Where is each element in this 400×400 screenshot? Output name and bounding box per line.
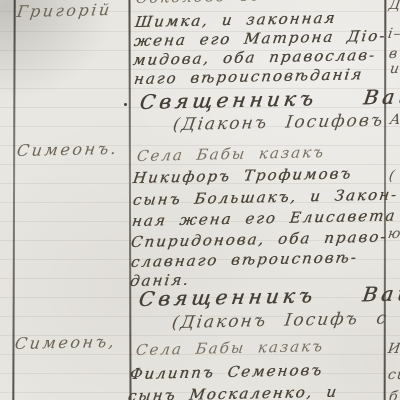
column-rule-middle <box>128 0 131 400</box>
priest-signature-line: Священникъ Ваши <box>137 281 400 311</box>
margin-text-fragment: і– <box>387 26 400 42</box>
entry-name: Симеонъ, <box>14 332 118 353</box>
margin-text-fragment: ю– <box>387 226 400 242</box>
ink-dot <box>124 103 127 106</box>
entry-line: Села Бабы казакъ <box>135 337 326 359</box>
entry-line: Никифоръ Трофимовъ <box>132 164 354 187</box>
margin-text-fragment: в <box>388 46 400 62</box>
entry-line-clipped: Соколово во <box>135 0 263 7</box>
margin-text-fragment: А <box>389 112 400 128</box>
margin-text-fragment: си <box>387 367 400 383</box>
margin-text-fragment: Д <box>388 0 400 13</box>
priest-signature-line: Священникъ Ваши <box>138 84 400 114</box>
margin-text-fragment: ( <box>388 168 397 184</box>
entry-line: Филиппъ Семеновъ <box>129 361 325 383</box>
margin-text-fragment: Ив <box>387 341 400 357</box>
deacon-signature-line: (Діаконъ Іосифовъ с <box>172 110 400 135</box>
deacon-signature-line: (Діаконъ Іосифъ с <box>171 308 390 333</box>
entry-name: Симеонъ. <box>16 139 120 160</box>
entry-line: Села Бабы казакъ <box>136 143 327 165</box>
entry-line-clipped: сынъ Москаленко, и <box>127 383 340 400</box>
scanned-register-page: Григорій Симеонъ. Симеонъ, Соколово во Ш… <box>0 0 400 400</box>
entry-line: ная жена его Елисавета <box>131 206 398 230</box>
entry-line: наго вѣроисповѣданія <box>133 65 365 88</box>
margin-text-fragment: б <box>388 389 400 400</box>
entry-line: сынъ Большакъ, и Закон- <box>132 185 400 209</box>
entry-line: славнаго вѣроисповѣ- <box>130 248 359 271</box>
entry-name: Григорій <box>16 0 113 21</box>
margin-text-fragment: и <box>389 61 400 77</box>
